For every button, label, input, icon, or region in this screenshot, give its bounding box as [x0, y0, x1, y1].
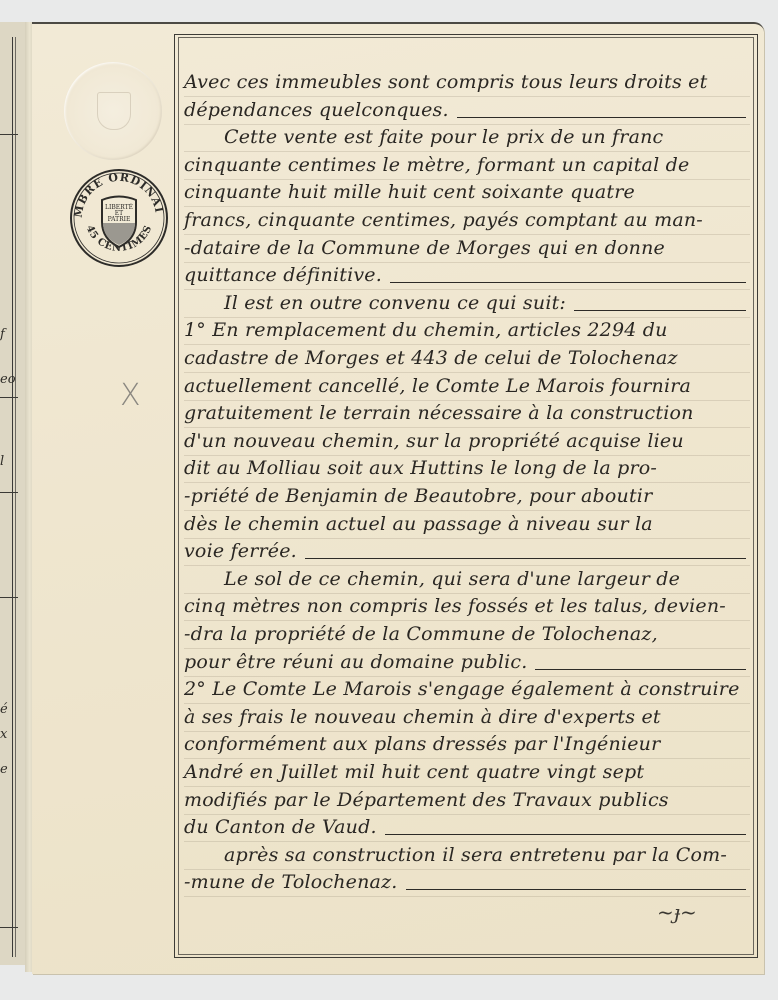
- text-line: Avec ces immeubles sont compris tous leu…: [184, 68, 750, 97]
- text-fragment: e: [0, 762, 8, 777]
- text-line: actuellement cancellé, le Comte Le Maroi…: [184, 372, 750, 401]
- ruled-line: [0, 927, 18, 928]
- line-text: -priété de Benjamin de Beautobre, pour a…: [184, 484, 652, 510]
- svg-text:PATRIE: PATRIE: [108, 216, 131, 223]
- line-text: Il est en outre convenu ce qui suit:: [184, 291, 566, 317]
- text-line: quittance définitive.: [184, 261, 750, 290]
- shield-icon: [97, 92, 131, 130]
- pencil-margin-mark: X: [120, 378, 141, 413]
- text-line: dépendances quelconques.: [184, 96, 750, 125]
- line-text: pour être réuni au domaine public.: [184, 650, 527, 676]
- embossed-seal: [64, 62, 162, 160]
- text-fragment: é: [0, 702, 8, 717]
- ruled-line: [0, 134, 18, 135]
- text-line: du Canton de Vaud.: [184, 813, 750, 842]
- line-text: à ses frais le nouveau chemin à dire d'e…: [184, 705, 661, 731]
- line-fill-rule: [406, 889, 746, 890]
- line-text: -mune de Tolochenaz.: [184, 870, 398, 896]
- line-text: actuellement cancellé, le Comte Le Maroi…: [184, 374, 691, 400]
- line-text: cinq mètres non compris les fossés et le…: [184, 594, 726, 620]
- line-fill-rule: [390, 282, 746, 283]
- line-text: 1° En remplacement du chemin, articles 2…: [184, 318, 668, 344]
- text-line: -mune de Tolochenaz.: [184, 868, 750, 897]
- text-line: André en Juillet mil huit cent quatre vi…: [184, 758, 750, 787]
- margin-rule: [15, 37, 16, 957]
- line-text: Cette vente est faite pour le prix de un…: [184, 125, 663, 151]
- line-text: Avec ces immeubles sont compris tous leu…: [184, 70, 707, 96]
- line-text: -dataire de la Commune de Morges qui en …: [184, 236, 665, 262]
- line-text: -dra la propriété de la Commune de Toloc…: [184, 622, 658, 648]
- line-text: dès le chemin actuel au passage à niveau…: [184, 512, 653, 538]
- line-fill-rule: [305, 558, 746, 559]
- line-text: francs, cinquante centimes, payés compta…: [184, 208, 703, 234]
- line-text: cadastre de Morges et 443 de celui de To…: [184, 346, 678, 372]
- text-line: -dra la propriété de la Commune de Toloc…: [184, 620, 750, 649]
- text-line: pour être réuni au domaine public.: [184, 648, 750, 677]
- line-text: dit au Molliau soit aux Huttins le long …: [184, 456, 657, 482]
- scanned-document: f eo l é x e TIMBRE ORDINAIRE 45 CENTIME…: [0, 0, 778, 1000]
- line-fill-rule: [385, 834, 746, 835]
- text-line: cinq mètres non compris les fossés et le…: [184, 592, 750, 621]
- text-fragment: l: [0, 454, 4, 469]
- text-line: Le sol de ce chemin, qui sera d'une larg…: [184, 565, 750, 594]
- text-line: voie ferrée.: [184, 537, 750, 566]
- text-line: Il est en outre convenu ce qui suit:: [184, 289, 750, 318]
- text-line: francs, cinquante centimes, payés compta…: [184, 206, 750, 235]
- text-fragment: eo: [0, 372, 16, 387]
- text-line: dit au Molliau soit aux Huttins le long …: [184, 454, 750, 483]
- line-text: quittance définitive.: [184, 263, 382, 289]
- line-fill-rule: [457, 117, 746, 118]
- text-line: cinquante huit mille huit cent soixante …: [184, 178, 750, 207]
- text-line: -priété de Benjamin de Beautobre, pour a…: [184, 482, 750, 511]
- text-line: à ses frais le nouveau chemin à dire d'e…: [184, 703, 750, 732]
- ruled-line: [0, 597, 18, 598]
- text-line: cinquante centimes le mètre, formant un …: [184, 151, 750, 180]
- line-text: André en Juillet mil huit cent quatre vi…: [184, 760, 644, 786]
- line-text: après sa construction il sera entretenu …: [184, 843, 727, 869]
- line-text: conformément aux plans dressés par l'Ing…: [184, 732, 660, 758]
- line-text: voie ferrée.: [184, 539, 297, 565]
- text-line: conformément aux plans dressés par l'Ing…: [184, 730, 750, 759]
- text-line: modifiés par le Département des Travaux …: [184, 786, 750, 815]
- ruled-line: [0, 397, 18, 398]
- text-line: 2° Le Comte Le Marois s'engage également…: [184, 675, 750, 704]
- text-line: -dataire de la Commune de Morges qui en …: [184, 234, 750, 263]
- text-line: cadastre de Morges et 443 de celui de To…: [184, 344, 750, 373]
- line-fill-rule: [535, 669, 746, 670]
- line-text: dépendances quelconques.: [184, 98, 449, 124]
- line-text: d'un nouveau chemin, sur la propriété ac…: [184, 429, 684, 455]
- line-text: modifiés par le Département des Travaux …: [184, 788, 669, 814]
- line-text: cinquante centimes le mètre, formant un …: [184, 153, 689, 179]
- paraph-initials: ~ɟ~: [657, 900, 697, 924]
- text-line: gratuitement le terrain nécessaire à la …: [184, 399, 750, 428]
- text-line: d'un nouveau chemin, sur la propriété ac…: [184, 427, 750, 456]
- ruled-line: [0, 492, 18, 493]
- text-line: après sa construction il sera entretenu …: [184, 841, 750, 870]
- line-text: cinquante huit mille huit cent soixante …: [184, 180, 635, 206]
- text-fragment: f: [0, 327, 5, 342]
- line-fill-rule: [574, 310, 746, 311]
- timbre-stamp-icon: TIMBRE ORDINAIRE 45 CENTIMES LIBERTÉ ET …: [68, 167, 170, 269]
- text-line: 1° En remplacement du chemin, articles 2…: [184, 316, 750, 345]
- text-fragment: x: [0, 727, 7, 742]
- line-text: du Canton de Vaud.: [184, 815, 377, 841]
- line-text: 2° Le Comte Le Marois s'engage également…: [184, 677, 740, 703]
- text-line: dès le chemin actuel au passage à niveau…: [184, 510, 750, 539]
- text-line: Cette vente est faite pour le prix de un…: [184, 123, 750, 152]
- line-text: Le sol de ce chemin, qui sera d'une larg…: [184, 567, 680, 593]
- margin-rule: [12, 37, 13, 957]
- line-text: gratuitement le terrain nécessaire à la …: [184, 401, 694, 427]
